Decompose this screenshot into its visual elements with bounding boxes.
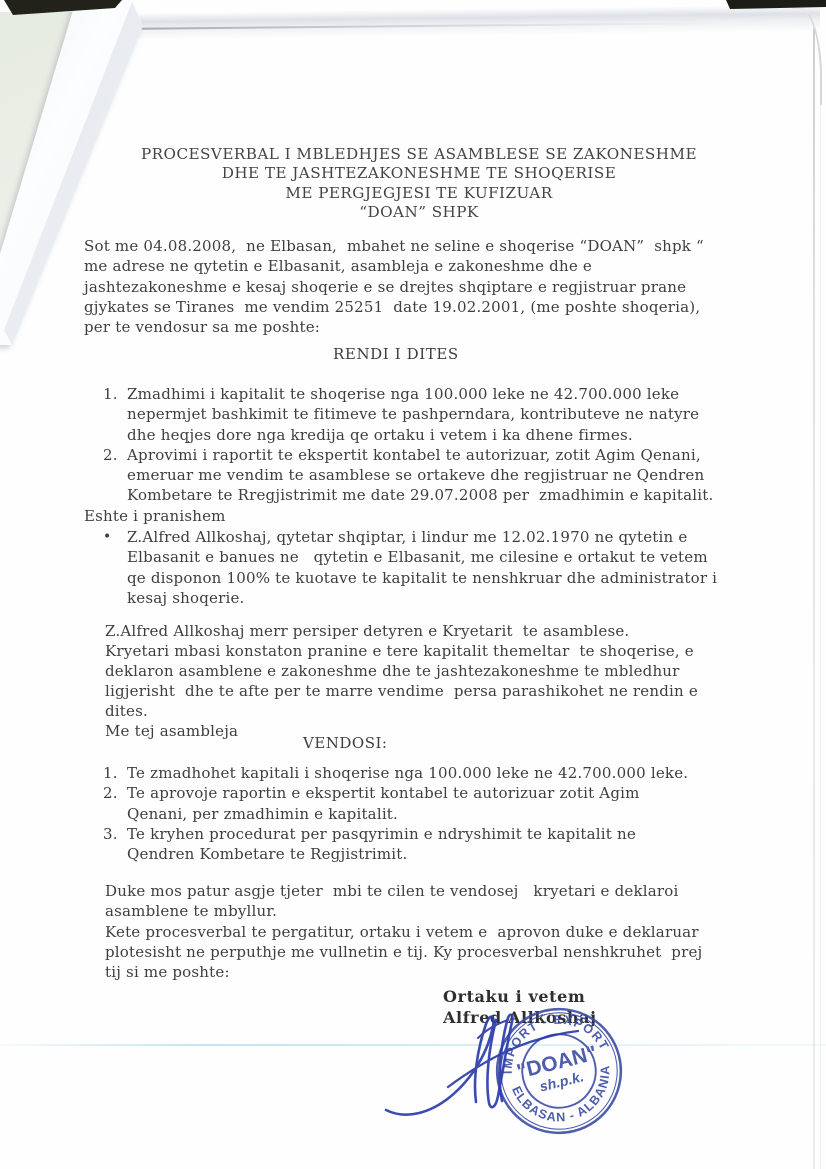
item-text: Aprovimi i raportit te ekspertit kontabe… — [127, 445, 713, 506]
item-text: Te kryhen procedurat per pasqyrimin e nd… — [127, 824, 636, 865]
item-number: 2. — [103, 445, 127, 506]
decision-list: 1. Te zmadhohet kapitali i shoqerise nga… — [103, 763, 753, 864]
agenda-item: 1. Zmadhimi i kapitalit te shoqerise nga… — [103, 384, 753, 445]
decision-item: 2. Te aprovoje raportin e ekspertit kont… — [103, 783, 753, 824]
decision-item: 1. Te zmadhohet kapitali i shoqerise nga… — [103, 763, 753, 783]
item-number: 3. — [103, 824, 127, 865]
chairman-paragraph: Z.Alfred Allkoshaj merr persiper detyren… — [105, 622, 775, 741]
page-right-edge — [813, 28, 815, 1169]
present-bullet-text: Z.Alfred Allkoshaj, qytetar shqiptar, i … — [127, 527, 717, 608]
closing-paragraph: Duke mos patur asgje tjeter mbi te cilen… — [105, 881, 775, 982]
item-text: Te zmadhohet kapitali i shoqerise nga 10… — [127, 763, 688, 783]
agenda-list: 1. Zmadhimi i kapitalit te shoqerise nga… — [103, 384, 753, 506]
item-number: 2. — [103, 783, 127, 824]
document-title: PROCESVERBAL I MBLEDHJES SE ASAMBLESE SE… — [83, 145, 755, 222]
item-text: Te aprovoje raportin e ekspertit kontabe… — [127, 783, 640, 824]
item-number: 1. — [103, 384, 127, 445]
agenda-item: 2. Aprovimi i raportit te ekspertit kont… — [103, 445, 753, 506]
present-bullet-list: • Z.Alfred Allkoshaj, qytetar shqiptar, … — [103, 527, 748, 608]
decision-heading: VENDOSI: — [303, 733, 388, 753]
decision-item: 3. Te kryhen procedurat per pasqyrimin e… — [103, 824, 753, 865]
agenda-heading: RENDI I DITES — [333, 344, 459, 364]
bullet-icon: • — [103, 527, 127, 608]
present-heading: Eshte i pranishem — [84, 506, 226, 526]
signature-scrawl — [378, 1000, 593, 1130]
scanned-document-page: PROCESVERBAL I MBLEDHJES SE ASAMBLESE SE… — [0, 0, 826, 1169]
page-right-edge-inner — [820, 60, 821, 1169]
item-number: 1. — [103, 763, 127, 783]
opening-paragraph: Sot me 04.08.2008, ne Elbasan, mbahet ne… — [84, 236, 774, 337]
item-text: Zmadhimi i kapitalit te shoqerise nga 10… — [127, 384, 699, 445]
present-bullet-item: • Z.Alfred Allkoshaj, qytetar shqiptar, … — [103, 527, 748, 608]
